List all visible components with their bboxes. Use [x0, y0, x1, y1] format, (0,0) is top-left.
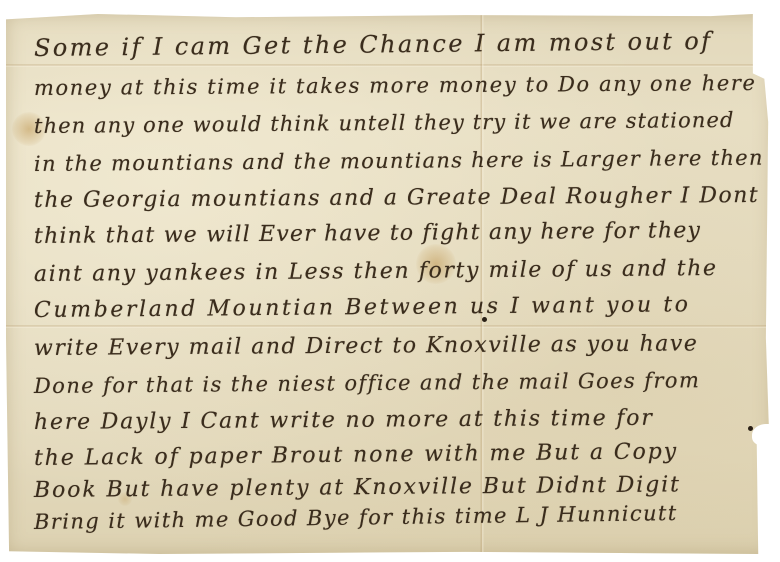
letter-line-8: Cumberland Mountian Between us I want yo… [34, 292, 691, 323]
letter-line-11: here Dayly I Cant write no more at this … [34, 406, 654, 435]
letter-line-5: the Georgia mountians and a Greate Deal … [34, 183, 759, 213]
letter-paper: Some if I cam Get the Chance I am most o… [6, 14, 772, 554]
letter-line-1: Some if I cam Get the Chance I am most o… [34, 27, 713, 62]
letter-line-13: Book But have plenty at Knoxville But Di… [34, 472, 681, 503]
letter-line-9: write Every mail and Direct to Knoxville… [34, 331, 698, 361]
paper-tear-right [752, 424, 780, 446]
letter-line-2: money at this time it takes more money t… [34, 71, 757, 100]
letter-line-14-closing-signature: Bring it with me Good Bye for this time … [34, 501, 678, 534]
letter-line-3: then any one would think untell they try… [34, 108, 735, 138]
letter-line-10: Done for that is the niest office and th… [34, 368, 700, 398]
letter-line-6: think that we will Ever have to fight an… [34, 218, 701, 249]
letter-line-4: in the mountians and the mountians here … [34, 146, 764, 176]
paper-tear-top-right [756, 34, 780, 60]
letter-body: Some if I cam Get the Chance I am most o… [6, 14, 772, 554]
letter-line-12: the Lack of paper Brout none with me But… [34, 439, 678, 471]
letter-line-7: aint any yankees in Less then forty mile… [34, 256, 718, 287]
